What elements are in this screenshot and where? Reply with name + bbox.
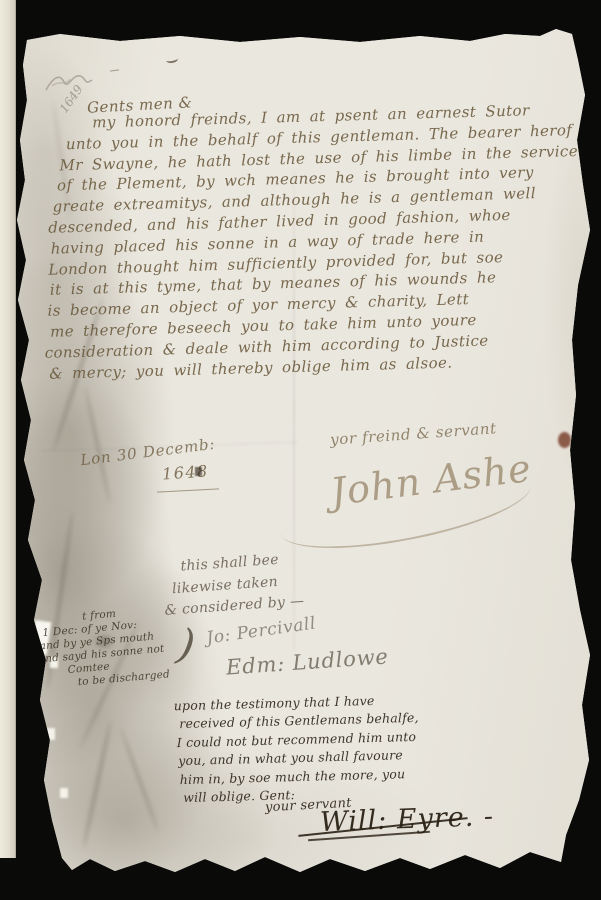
photo-backdrop: 1649 Gents men & my honord freinds, I am… [0,0,601,900]
ink-speck [110,69,119,71]
letter-body: my honord freinds, I am at psent an earn… [38,98,601,384]
wrinkle-streak [119,728,159,832]
margin-note: t from 1 Dec: of ye Nov: and by ye Sps m… [35,604,171,693]
dateline-year: 1648 [161,461,209,483]
ink-correction-blot [195,467,202,476]
album-page-edge [0,0,16,858]
signature-eyre: Eyre. - [396,801,494,835]
wrinkle-streak [82,721,113,849]
ink-speck [165,55,178,64]
closing-line: yor freind & servant [330,419,498,449]
repair-patch [46,728,55,740]
wrinkle-streak [84,386,112,504]
endorsement: this shall bee likewise taken & consider… [161,548,305,622]
signature-edm-ludlowe: Edm: Ludlowe [225,644,389,679]
edge-stain-spot [558,432,571,448]
repair-patch [60,788,68,798]
year-underline [157,488,219,492]
second-note: upon the testimony that I have received … [174,691,421,808]
margin-note-bracket: ) [174,623,197,667]
letter-paper: 1649 Gents men & my honord freinds, I am… [0,0,601,900]
signature-jo-percivall: Jo: Percivall [205,613,317,648]
